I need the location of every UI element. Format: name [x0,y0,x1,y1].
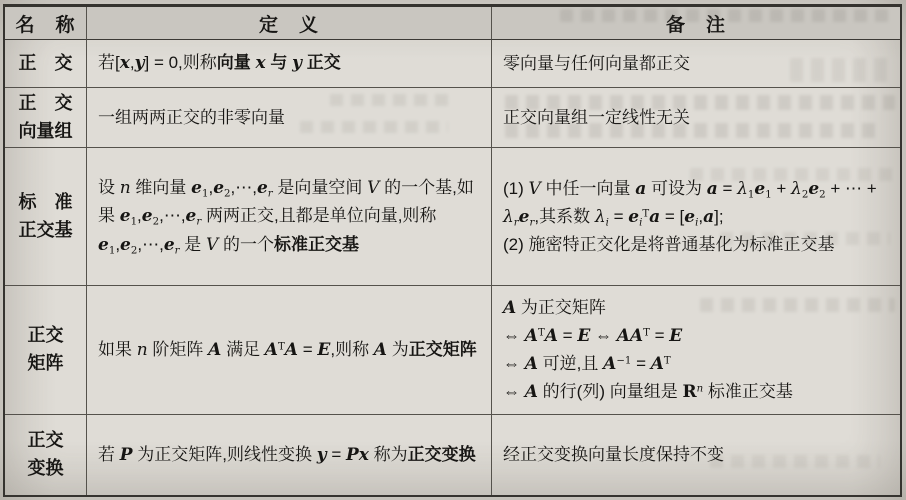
row-orthogonal-transform-name-cell: 正交变换 [5,415,87,495]
header-cell-remark: 备 注 [492,7,900,40]
header-label-remark: 备 注 [666,10,726,37]
row-orthonormal-basis-name-cell: 标 准正交基 [5,148,87,286]
row-orthogonal-remark-cell: 零向量与任何向量都正交 [492,40,900,88]
row-orthogonal-matrix-remark-cell: A 为正交矩阵⇔ ATA = E ⇔ AAT = E⇔ A 可逆,且 A−1 =… [492,286,900,415]
row-orthonormal-basis-definition-cell: 设 n 维向量 e1,e2,⋯,er 是向量空间 V 的一个基,如果 e1,e2… [87,148,492,286]
row-orthogonal-vector-set-name-cell: 正 交向量组 [5,88,87,148]
scanned-page: 名 称 定 义 备 注 正 交 若[x,y] = 0,则称向量 x 与 y 正交… [0,0,906,500]
row-orthogonal-name-cell: 正 交 [5,40,87,88]
row-orthogonal-matrix-definition-cell: 如果 n 阶矩阵 A 满足 ATA = E,则称 A 为正交矩阵 [87,286,492,415]
row-orthogonal-vector-set-remark-cell: 正交向量组一定线性无关 [492,88,900,148]
row-orthogonal-vector-set-definition-cell: 一组两两正交的非零向量 [87,88,492,148]
header-cell-name: 名 称 [5,7,87,40]
header-cell-definition: 定 义 [87,7,492,40]
row-orthogonal-definition-cell: 若[x,y] = 0,则称向量 x 与 y 正交 [87,40,492,88]
orthogonality-definition-table: 名 称 定 义 备 注 正 交 若[x,y] = 0,则称向量 x 与 y 正交… [3,4,902,497]
row-orthonormal-basis-remark-cell: (1) V 中任一向量 a 可设为 a = λ1e1 + λ2e2 + ⋯ + … [492,148,900,286]
row-orthogonal-transform-definition-cell: 若 P 为正交矩阵,则线性变换 y = Px 称为正交变换 [87,415,492,495]
header-label-name: 名 称 [15,10,75,37]
header-label-definition: 定 义 [259,10,319,37]
row-orthogonal-matrix-name-cell: 正交矩阵 [5,286,87,415]
row-orthogonal-transform-remark-cell: 经正交变换向量长度保持不变 [492,415,900,495]
